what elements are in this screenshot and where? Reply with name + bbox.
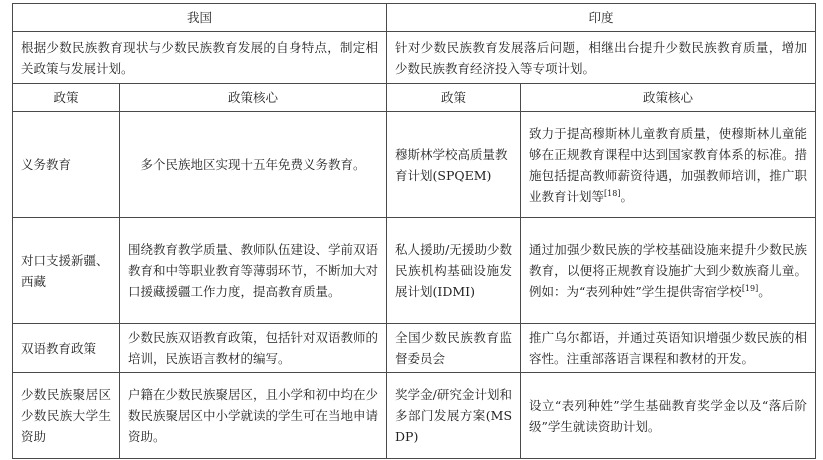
table-row: 对口支援新疆、西藏 围绕教育教学质量、教师队伍建设、学前双语教育和中等职业教育等… xyxy=(13,218,816,324)
country-header-china: 我国 xyxy=(13,4,387,32)
in-policy-cell: 奖学金/研究金计划和多部门发展方案(MSDP) xyxy=(387,373,521,459)
in-core-cell: 通过加强少数民族的学校基础设施来提升少数民族教育，以便将正规教育设施扩大到少数族… xyxy=(521,218,816,324)
in-core-cell: 设立“表列种姓”学生基础教育奖学金以及“落后阶级”学生就读资助计划。 xyxy=(521,373,816,459)
in-core-end: 。 xyxy=(620,189,633,204)
table-row: 少数民族聚居区少数民族大学生资助 户籍在少数民族聚居区，且小学和初中均在少数民族… xyxy=(13,373,816,459)
india-summary: 针对少数民族教育发展落后问题，相继出台提升少数民族教育质量，增加少数民族教育经济… xyxy=(387,32,816,84)
column-header-cn-core: 政策核心 xyxy=(120,84,387,112)
column-header-row: 政策 政策核心 政策 政策核心 xyxy=(13,84,816,112)
in-core-cell: 推广乌尔都语，并通过英语知识增强少数民族的相容性。注重部落语言课程和教材的开发。 xyxy=(521,324,816,373)
cn-core-cell: 多个民族地区实现十五年免费义务教育。 xyxy=(120,112,387,218)
citation-ref: [19] xyxy=(742,284,758,293)
cn-policy-cell: 对口支援新疆、西藏 xyxy=(13,218,120,324)
cn-policy-cell: 双语教育政策 xyxy=(13,324,120,373)
table-row: 双语教育政策 少数民族双语教育政策，包括针对双语教师的培训，民族语言教材的编写。… xyxy=(13,324,816,373)
in-core-end: 。 xyxy=(758,284,771,299)
column-header-cn-policy: 政策 xyxy=(13,84,120,112)
cn-core-cell: 户籍在少数民族聚居区，且小学和初中均在少数民族聚居区中小学就读的学生可在当地申请… xyxy=(120,373,387,459)
in-core-text: 致力于提高穆斯林儿童教育质量，使穆斯林儿童能够在正规教育课程中达到国家教育体系的… xyxy=(529,126,807,204)
column-header-in-core: 政策核心 xyxy=(521,84,816,112)
column-header-in-policy: 政策 xyxy=(387,84,521,112)
country-header-india: 印度 xyxy=(387,4,816,32)
cn-core-cell: 少数民族双语教育政策，包括针对双语教师的培训，民族语言教材的编写。 xyxy=(120,324,387,373)
policy-comparison-table: 我国 印度 根据少数民族教育现状与少数民族教育发展的自身特点，制定相关政策与发展… xyxy=(12,3,816,459)
in-policy-cell: 私人援助/无援助少数民族机构基础设施发展计划(IDMI) xyxy=(387,218,521,324)
china-summary: 根据少数民族教育现状与少数民族教育发展的自身特点，制定相关政策与发展计划。 xyxy=(13,32,387,84)
country-header-row: 我国 印度 xyxy=(13,4,816,32)
table-row: 义务教育 多个民族地区实现十五年免费义务教育。 穆斯林学校高质量教育计划(SPQ… xyxy=(13,112,816,218)
cn-policy-cell: 义务教育 xyxy=(13,112,120,218)
cn-policy-cell: 少数民族聚居区少数民族大学生资助 xyxy=(13,373,120,459)
cn-core-cell: 围绕教育教学质量、教师队伍建设、学前双语教育和中等职业教育等薄弱环节，不断加大对… xyxy=(120,218,387,324)
in-core-cell: 致力于提高穆斯林儿童教育质量，使穆斯林儿童能够在正规教育课程中达到国家教育体系的… xyxy=(521,112,816,218)
summary-row: 根据少数民族教育现状与少数民族教育发展的自身特点，制定相关政策与发展计划。 针对… xyxy=(13,32,816,84)
in-policy-cell: 穆斯林学校高质量教育计划(SPQEM) xyxy=(387,112,521,218)
in-policy-cell: 全国少数民族教育监督委员会 xyxy=(387,324,521,373)
citation-ref: [18] xyxy=(604,188,620,197)
